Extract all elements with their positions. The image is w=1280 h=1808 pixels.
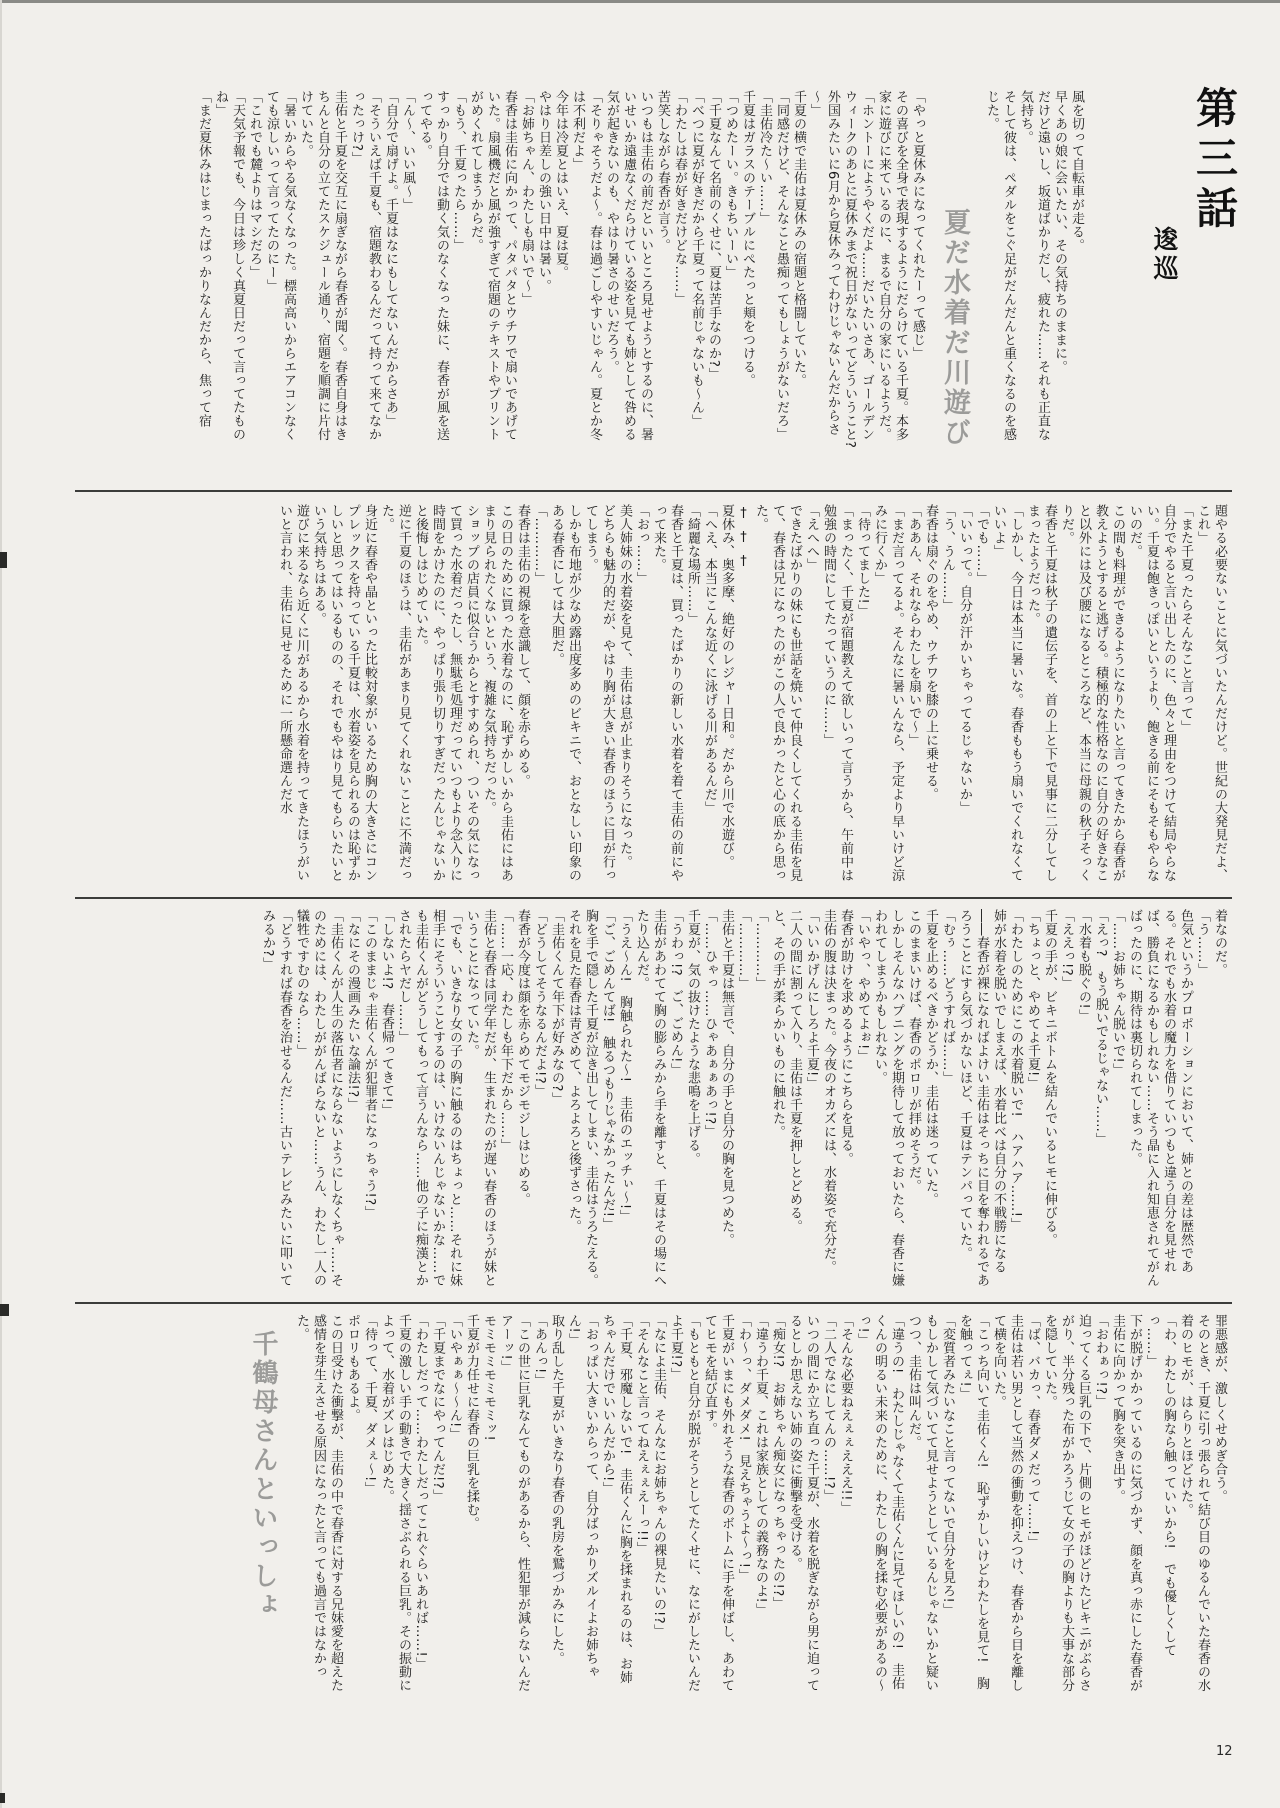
section-title: 千鶴母さんといっしょ — [247, 1330, 278, 1697]
paragraph: 罪悪感が、激しくせめぎ合う。 — [1211, 1314, 1228, 1697]
paragraph: 「わたしは春が好きだけどな……」 — [671, 90, 688, 450]
paragraph: 「やっと夏休みになってくれたーって感じ」 — [909, 90, 926, 450]
paragraph: 「えへへ」 — [803, 504, 820, 885]
paragraph: 「ホントーにようやくだよ……だいたいさあ、ゴールデンウィークのあとに夏休みまで祝… — [807, 90, 875, 450]
chapter-title: 逡巡 — [1146, 226, 1182, 284]
paragraph: 「おわぁっ!?」 — [1092, 1314, 1109, 1697]
paragraph: 「でも……」 — [973, 504, 990, 885]
paragraph: 「そういえば千夏も、宿題教わるんだって持って来てなかったっけ?」 — [348, 90, 382, 450]
chapter-number: 第三話 — [1184, 86, 1244, 236]
paragraph: 「…………」 — [531, 504, 548, 885]
paragraph: 「う、うん……」 — [939, 504, 956, 885]
paragraph: 圭佑と千夏を交互に扇ぎながら春香が聞く。春香自身はきちんと自分の立てたスケジュー… — [297, 90, 348, 450]
paragraph: 千夏の横で圭佑は夏休みの宿題と格闘していた。 — [790, 90, 807, 450]
paragraph: 「同感だけど、そんなこと愚痴ってもしょうがないだろ」 — [773, 90, 790, 450]
paragraph: 春香と千夏は秋子の遺伝子を、首の上と下で見事に二分してしまったようだった。 — [1024, 504, 1058, 885]
page-number: 12 — [1216, 1744, 1233, 1759]
paragraph: 千夏を止めるべきかどうか、圭佑は迷っていた。 — [922, 909, 939, 1290]
scan-artifact — [0, 552, 7, 568]
paragraph: 取り乱した千夏がいきなり春香の乳房を鷲づかみにした。 — [548, 1314, 565, 1697]
paragraph: 今年は冷夏とはいえ、夏は夏。 — [552, 90, 569, 450]
paragraph: 千夏がいまにも外れそうな春香のボトムに手を伸ばし、あわててヒモを結び直す。 — [701, 1314, 735, 1697]
section-title: 夏だ水着だ川遊び — [939, 208, 970, 450]
paragraph: いつもは圭佑の前だといいところ見せようとするのに、暑いせいか遠慮なくだらけている… — [603, 90, 654, 450]
paragraph: 身近に春香や晶といった比較対象がいるため胸の大きさにコンプレックスを持っている千… — [310, 504, 378, 885]
paragraph: 「こっち向いて圭佑くん! 恥ずかしいけどわたしを見て! 胸を触ってぇ!」 — [956, 1314, 990, 1697]
paragraph: 美人姉妹の水着姿を見て、圭佑は息が止まりそうになった。 — [616, 504, 633, 885]
paragraph: 圭佑の腹は決まった。今夜のオカズには、水着姿で充分だ。 — [820, 909, 837, 1290]
paragraph: 「わたしだって……わたしだってこれぐらいあれば……!」 — [412, 1314, 429, 1697]
paragraph: 圭佑があわてて胸の膨らみから手を離すと、千夏はその場にへたり込んだ。 — [633, 909, 667, 1290]
paragraph: 春香が今度は顔を赤らめてモジモジしはじめる。 — [514, 909, 531, 1290]
paragraph: 「……ひゃっ……ひゃあぁぁあっ!?」 — [701, 909, 718, 1290]
paragraph: 「べつに夏が好きだから千夏って名前じゃないも～ん」 — [688, 90, 705, 450]
paragraph: 「ああん、それならわたしを扇いで～」 — [905, 504, 922, 885]
paragraph: 「圭佑くんて年下が好みなの?」 — [548, 909, 565, 1290]
paragraph: 「…………」 — [752, 909, 769, 1290]
paragraph: 「天気予報でも、今日は珍しく真夏日だって言ってたものね」 — [212, 90, 246, 450]
paragraph: 「しかし、今日は本当に暑いな。春香ももう扇いでくれなくていいよ」 — [990, 504, 1024, 885]
paragraph: この日のために買った水着なのに、恥ずかしいから圭佑にはあまり見られたくないという… — [480, 504, 514, 885]
paragraph: 「…………」 — [735, 909, 752, 1290]
paragraph: そのとき、千夏に引っ張られて結び目のゆるんでいた春香の水着のヒモが、はらりとほど… — [1177, 1314, 1211, 1697]
text-band-1: 風を切って自転車が走る。早くあの娘に会いたい、その気持ちのままに。だけど遠いし、… — [85, 90, 1085, 450]
paragraph: 「つめたーい。きもちいーい」 — [722, 90, 739, 450]
paragraph: 「まだ言ってるよ。そんなに暑いんなら、予定より早いけど涼みに行くか」 — [871, 504, 905, 885]
paragraph: 早くあの娘に会いたい、その気持ちのままに。 — [1051, 90, 1068, 450]
paragraph: 「ちょっと、やめてよ千夏!」 — [1024, 909, 1041, 1290]
paragraph: 胸を手で隠した千夏が泣き出してしまい、圭佑はうろたえる。 — [582, 909, 599, 1290]
paragraph: 「待ってました!」 — [854, 504, 871, 885]
text-band-4: 罪悪感が、激しくせめぎ合う。そのとき、千夏に引っ張られて結び目のゆるんでいた春香… — [85, 1314, 1228, 1697]
paragraph: 逆に千夏のほうは、圭佑があまり見てくれないことに不満だった。 — [378, 504, 412, 885]
paragraph: 「あんっ!」 — [531, 1314, 548, 1697]
paragraph: 「ん～、いい風～」 — [399, 90, 416, 450]
paragraph: この間も料理ができるようになりたいと言ってきたから春香が教えようとすると逃げる。… — [1058, 504, 1126, 885]
paragraph: 「この世に巨乳なんてものがあるから、性犯罪が減らないんだアーッ!」 — [497, 1314, 531, 1697]
text-band-3: 着なのだ。「う……」色気というかプロポーションにおいて、姉との差は歴然である。そ… — [85, 909, 1228, 1290]
scan-edge-top — [0, 0, 1280, 3]
paragraph: 題やる必要ないことに気づいたんだけど。世紀の大発見だよ、これ」 — [1194, 504, 1228, 885]
paragraph: やはり日差しの強い日中は暑い。 — [535, 90, 552, 450]
paragraph: モミモミモミモミッ! — [480, 1314, 497, 1697]
paragraph: 着なのだ。 — [1211, 909, 1228, 1290]
paragraph: 「どうしてそうなるんだよ!?」 — [531, 909, 548, 1290]
paragraph: 苦笑しながら春香が言う。 — [654, 90, 671, 450]
paragraph: 「いいって。自分が汗かいちゃってるじゃないか」 — [956, 504, 973, 885]
paragraph: 「千夏までなにやってんだ!?」 — [429, 1314, 446, 1697]
paragraph: 千夏が力任せに春香の巨乳を揉む。 — [463, 1314, 480, 1697]
paragraph: この日受けた衝撃が、圭佑の中で春香に対する兄妹愛を超えた感情を芽生えさせる原因に… — [293, 1314, 344, 1697]
paragraph: 「へえ、本当にこんな近くに泳げる川があるんだ」 — [701, 504, 718, 885]
paragraph: 二人の間に割って入り、圭佑は千夏を押しとどめる。 — [786, 909, 803, 1290]
paragraph: 迫ってくる巨乳の下で、片側のヒモがほどけたビキニがぶらさがり、半分残った布がかろ… — [1041, 1314, 1092, 1697]
scan-artifact — [0, 1793, 5, 1803]
paragraph: 「どうすれば春香を治せるんだ……古いテレビみたいに叩いてみるか?」 — [259, 909, 293, 1290]
paragraph: それを見た春香は青ざめて、よろよろと後ずさった。 — [565, 909, 582, 1290]
paragraph: 「自分で扇げよ。千夏はなにもしてないんだからさあ」 — [382, 90, 399, 450]
paragraph: 「綺麗な場所……」 — [684, 504, 701, 885]
paragraph: 「圭佑冷た～い……」 — [756, 90, 773, 450]
paragraph: 色気というかプロポーションにおいて、姉との差は歴然である。それでも水着の魔力を借… — [1126, 909, 1194, 1290]
paragraph: 春香は圭佑に向かって、パタパタとウチワで扇いであげていた。扇風機だと風が強すぎて… — [467, 90, 518, 450]
paragraph: 「わ、わたしの胸なら触っていいから! でも優しくしてっ……」 — [1143, 1314, 1177, 1697]
paragraph: 「違うの! わたしじゃなくて圭佑くんに見てほしいの! 圭佑くんの明るい未来のため… — [854, 1314, 905, 1697]
paragraph: 春香と千夏は、買ったばかりの新しい水着を着て圭佑の前にやって来た。 — [650, 504, 684, 885]
paragraph: 春香は扇ぐのをやめ、ウチワを膝の上に乗せる。 — [922, 504, 939, 885]
scan-artifact — [0, 1304, 9, 1316]
paragraph: 「ば、バカっ、春香ダメだって……!」 — [1024, 1314, 1041, 1697]
paragraph: 「お姉ちゃん、わたしも扇いで～」 — [518, 90, 535, 450]
paragraph: 圭佑は若い男として当然の衝動を抑えつけ、春香から目を離して横を向いた。 — [990, 1314, 1024, 1697]
paragraph: 自分でやると言い出したのに、色々と理由をつけて結局やらない。千夏は飽きっぽいとい… — [1126, 504, 1177, 885]
paragraph: 「しないよ!? 春香帰ってきて!」 — [378, 909, 395, 1290]
paragraph: 圭佑と千夏は無言で、自分の手と自分の胸を見つめた。 — [718, 909, 735, 1290]
paragraph: 千夏の激しい手の動きで大きく揺さぶられる巨乳。その振動によって、水着がズレはじめ… — [378, 1314, 412, 1697]
paragraph: 「待って、千夏、ダメぇ～!」 — [361, 1314, 378, 1697]
scan-edge-left — [0, 0, 2, 1808]
paragraph: 「そりゃそうだよ～。春は過ごしやすいじゃん。夏とか冬は不利だよ」 — [569, 90, 603, 450]
paragraph: ショップの店員に似合うからとすすめられ、ついその気になって買った水着だったし、無… — [412, 504, 480, 885]
paragraph: 圭佑と春香は同学年だが、生まれたのが遅い春香のほうが妹ということになっていた。 — [463, 909, 497, 1290]
paragraph: 「変質者みたいなこと言ってないで自分を見ろ!」 — [939, 1314, 956, 1697]
paragraph: 「いやっ、やめてよぉ!」 — [854, 909, 871, 1290]
paragraph: 「でも、いきなり女の子の胸に触るのはちょっと……それに妹相手にそういうことするの… — [395, 909, 463, 1290]
band-divider — [75, 897, 1232, 899]
paragraph: 「また千夏ったらそんなこと言って」 — [1177, 504, 1194, 885]
paragraph: 「このままじゃ圭佑くんが犯罪者になっちゃう!?」 — [361, 909, 378, 1290]
paragraph: 「おっ……」 — [633, 504, 650, 885]
paragraph: 「なにその漫画みたいな論法!?」 — [344, 909, 361, 1290]
paragraph: 「おっぱい大きいからって、自分ばっかりズルイよお姉ちゃん!」 — [565, 1314, 599, 1697]
paragraph: 「まだ夏休みはじまったばっかりなんだから、焦って宿 — [195, 90, 212, 450]
scanned-page: 第三話 逡巡 風を切って自転車が走る。早くあの娘に会いたい、その気持ちのままに。… — [0, 0, 1280, 1808]
paragraph: 「わ～っ、ダメダメ! 見えちゃうよ～っ!」 — [735, 1314, 752, 1697]
paragraph: 「違うわ千夏、これは家族としての義務なのよ!」 — [752, 1314, 769, 1697]
paragraph: 「もともと自分が脱がそうとしてたくせに、なにがしたいんだよ千夏!?」 — [667, 1314, 701, 1697]
text-band-2: 題やる必要ないことに気づいたんだけど。世紀の大発見だよ、これ」「また千夏ったらそ… — [85, 504, 1228, 885]
scene-separator: ††† — [735, 506, 752, 885]
paragraph: すっかり自分では動く気のなくなった妹に、春香が風を送ってやる。 — [416, 90, 450, 450]
paragraph: このままいけば、春香のポロリが拝めそうだ。 — [905, 909, 922, 1290]
band-divider — [75, 1302, 1232, 1304]
paragraph: 「千夏、邪魔しないで! 圭佑くんに胸を揉まれるのは、お姉ちゃんだけでいいんだから… — [599, 1314, 633, 1697]
paragraph: 下が脱げかかっているのに気づかず、顔を真っ赤にした春香が圭佑に向かって胸を突き出… — [1109, 1314, 1143, 1697]
paragraph: しかも布地が少なめ露出度多めのビキニで、おとなしい印象のある春香にしては大胆だ。 — [548, 504, 582, 885]
band-divider — [75, 490, 1232, 492]
paragraph: ポロリもあるよ。 — [344, 1314, 361, 1697]
paragraph: 「痴女!? お姉ちゃん痴女になっちゃったの!?」 — [769, 1314, 786, 1697]
paragraph: そして彼は、ペダルをこぐ足がだんだんと重くなるのを感じた。 — [983, 90, 1017, 450]
paragraph: だけど遠いし、坂道ばかりだし、疲れた……それも正直な気持ち。 — [1017, 90, 1051, 450]
paragraph: どちらも魅力的だが、やはり胸が大きい春香のほうに目が行ってしまう。 — [582, 504, 616, 885]
paragraph: 「う……」 — [1194, 909, 1211, 1290]
paragraph: 「なによ圭佑、そんなにお姉ちゃんの裸見たいの!?」 — [650, 1314, 667, 1697]
paragraph: 「圭佑くんが人生の落伍者にならないようにしなくちゃ……そのためには、わたしががん… — [293, 909, 344, 1290]
paragraph: 「……お姉ちゃん脱いで!」 — [1109, 909, 1126, 1290]
paragraph: 「そんなこと言ってねえぇぇえーっ!!」 — [633, 1314, 650, 1697]
paragraph: 「うわっ!? ご、ごめん!」 — [667, 909, 684, 1290]
paragraph: 遊びに来るなら近くに川があるから水着を持ってきたほうがいいと言われ、圭佑に見せる… — [276, 504, 310, 885]
paragraph: できたばかりの妹にも世話を焼いて仲良くしてくれる圭佑を見て、春香は兄になったのが… — [752, 504, 803, 885]
paragraph: 風を切って自転車が走る。 — [1068, 90, 1085, 450]
paragraph: 「いやぁぁ～～ん!」 — [446, 1314, 463, 1697]
paragraph: 春香は圭佑の視線を意識して、顔を赤らめる。 — [514, 504, 531, 885]
paragraph: 「わたしのためにこの水着脱いで! ハアハア……!」 — [1007, 909, 1024, 1290]
paragraph: 「暑いからやる気なくなった。標高高いからエアコンなくても涼しいって言ってたのにー… — [263, 90, 297, 450]
paragraph: 「まったく、千夏が宿題教えて欲しいって言うから、午前中は勉強の時間にしてたってい… — [820, 504, 854, 885]
paragraph: 「もう、千夏ったら……」 — [450, 90, 467, 450]
paragraph: もしかして気づいてて見せようとしているんじゃないかと疑いつつ、圭佑は叫んだ。 — [905, 1314, 939, 1697]
paragraph: その喜びを全身で表現するようにだらけている千夏。本多家に遊びに来ているのに、まる… — [875, 90, 909, 450]
paragraph: 姉が水着を脱いでしまえば、水着比べは自分の不戦勝になる――春香が裸になればよけい… — [956, 909, 1007, 1290]
paragraph: 「そんな必要ねえぇぇえええ!!」 — [837, 1314, 854, 1697]
paragraph: 春香が助けを求めるようにこちらを見る。 — [837, 909, 854, 1290]
paragraph: 「二人でなにしてんの……!?」 — [820, 1314, 837, 1697]
paragraph: 「水着も脱ぐの!」 — [1075, 909, 1092, 1290]
paragraph: 「……一応、わたしも年下だから……」 — [497, 909, 514, 1290]
paragraph: 「これでも麓よりはマシだろ」 — [246, 90, 263, 450]
paragraph: 「えっ? もう脱いでるじゃない……」 — [1092, 909, 1109, 1290]
paragraph: 「千夏なんて名前のくせに、夏は苦手なのか?」 — [705, 90, 722, 450]
paragraph: しかしそんなハプニングを期待して放っておいたら、春香に嫌われてしまうかもしれない… — [871, 909, 905, 1290]
paragraph: 夏休み、奥多摩、絶好のレジャー日和。だから川で水遊び。 — [718, 504, 735, 885]
paragraph: 「ご、ごめんてば! 触るつもりじゃなかったんだ!」 — [599, 909, 616, 1290]
paragraph: いつの間にか立ち直った千夏が、水着を脱ぎながら男に迫ってるとしか思えない姉の姿に… — [786, 1314, 820, 1697]
paragraph: 「うえ～ん! 胸触られた～! 圭佑のエッチぃ～!」 — [616, 909, 633, 1290]
paragraph: 「むぅ……どうすれば……」 — [939, 909, 956, 1290]
paragraph: と、その手が柔らかいものに触れた。 — [769, 909, 786, 1290]
paragraph: 千夏の手が、ビキニボトムを結んでいるヒモに伸びる。 — [1041, 909, 1058, 1290]
paragraph: 千夏はガラスのテーブルにぺたっと頬をつける。 — [739, 90, 756, 450]
paragraph: 「ええっ!?」 — [1058, 909, 1075, 1290]
paragraph: 「いいかげんにしろよ千夏!」 — [803, 909, 820, 1290]
paragraph: 千夏が、気の抜けたような悲鳴を上げる。 — [684, 909, 701, 1290]
